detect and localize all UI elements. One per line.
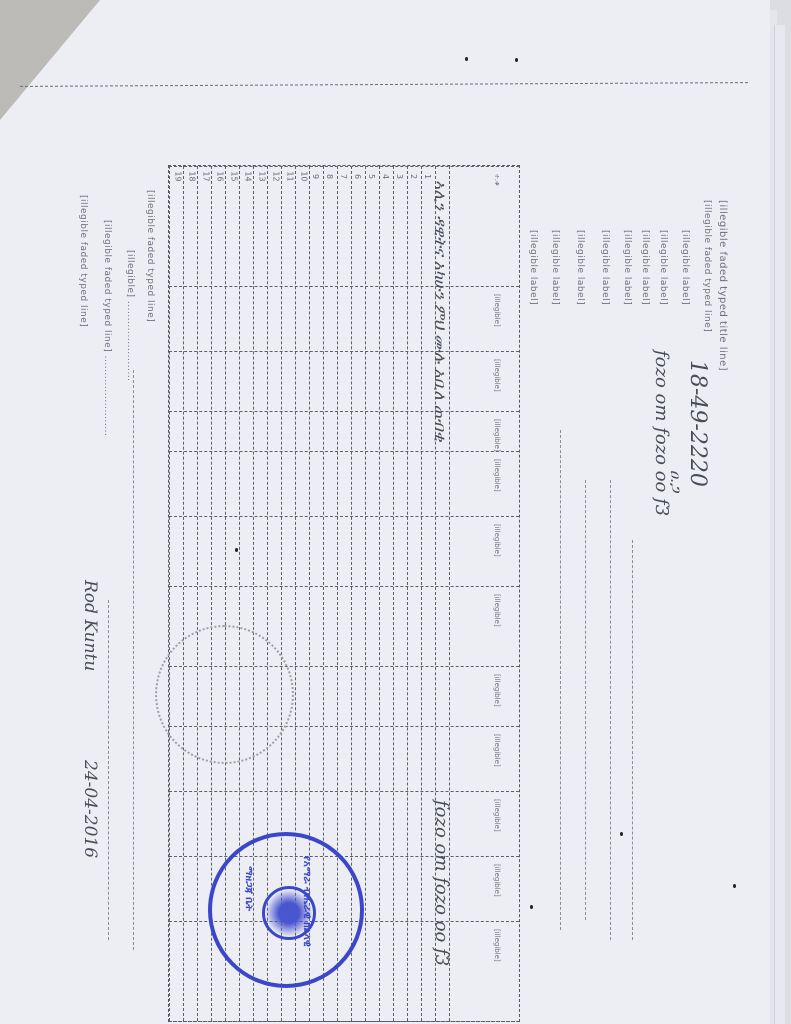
- row-number: 3: [395, 174, 404, 179]
- signature-name: Rod Kuntu: [80, 580, 100, 671]
- row-number: 16: [216, 171, 225, 181]
- table-header-cell: [illegible]: [492, 734, 501, 767]
- table-row-divider: [183, 166, 184, 1021]
- table-header-cell: [illegible]: [492, 459, 501, 492]
- field-7-label: [illegible label]: [550, 230, 560, 305]
- row-number: 7: [339, 174, 348, 179]
- footer-line-2: [illegible] ........................: [125, 250, 135, 382]
- row-number: 1: [423, 174, 432, 179]
- row-number: 2: [409, 174, 418, 179]
- row-number: 4: [381, 174, 390, 179]
- footer-line-3: [illegible faded typed line] ...........…: [102, 220, 112, 436]
- field-1-value: 18-49-2220: [685, 360, 710, 487]
- field-8-label: [illegible label]: [528, 230, 538, 305]
- scan-speck: [515, 58, 518, 62]
- table-header-cell: [illegible]: [492, 594, 501, 627]
- row-number: 9: [311, 174, 320, 179]
- table-column-divider: [169, 351, 519, 352]
- field-2-label: [illegible label]: [658, 230, 668, 305]
- table-row-divider: [197, 166, 198, 1021]
- header-line-2: [illegible faded typed line]: [702, 200, 712, 332]
- table-column-divider: [169, 586, 519, 587]
- fill-line: [560, 430, 561, 930]
- row-number: 8: [325, 174, 334, 179]
- underlying-page-edge-2: [774, 25, 785, 1024]
- row-number: 18: [188, 171, 197, 181]
- field-1-label: [illegible label]: [680, 230, 690, 305]
- table-header-cell: ተ.ቁ: [492, 174, 501, 186]
- fill-line: [610, 480, 611, 940]
- table-header-cell: [illegible]: [492, 864, 501, 897]
- table-row-divider: [379, 166, 380, 1021]
- table-column-divider: [169, 856, 519, 857]
- fill-line: [585, 480, 586, 920]
- footer-line-4: [illegible faded typed line]: [78, 195, 88, 327]
- signature-date: 24-04-2016: [80, 760, 100, 858]
- table-column-divider: [169, 451, 519, 452]
- table-header-cell: [illegible]: [492, 524, 501, 557]
- fill-line: [108, 600, 109, 940]
- faded-stamp-impression: [155, 625, 294, 764]
- table-header-cell: [illegible]: [492, 419, 501, 452]
- scan-speck: [465, 57, 468, 61]
- scan-speck: [530, 905, 533, 909]
- official-stamp: የአማራ ብሔራዊ ክልላዊ ማዘጋጃ ቤት: [208, 832, 364, 988]
- row-number: 19: [174, 171, 183, 181]
- table-row-divider: [393, 166, 394, 1021]
- row-number: 11: [286, 171, 295, 181]
- table-row-divider: [421, 166, 422, 1021]
- row-number: 14: [244, 171, 253, 181]
- table-row-divider: [365, 166, 366, 1021]
- table-row-divider: [169, 166, 170, 1021]
- table-header-cell: [illegible]: [492, 674, 501, 707]
- row-number: 17: [202, 171, 211, 181]
- field-3-value: fozo om fozo oo f3: [651, 350, 672, 516]
- row-number: 15: [230, 171, 239, 181]
- fill-line: [632, 540, 633, 940]
- field-4-label: [illegible label]: [622, 230, 632, 305]
- table-column-divider: [169, 286, 519, 287]
- stamp-text-top: የአማራ ብሔራዊ ክልላዊ: [301, 856, 312, 947]
- field-3-label: [illegible label]: [640, 230, 650, 305]
- table-row-divider: [407, 166, 408, 1021]
- table-row1-entry: ኣሊን ዳዊትና አካሁን ምህ ሙሉ አቢለ ጠብቂ: [430, 180, 450, 442]
- table-column-divider: [169, 166, 519, 167]
- table-header-cell: [illegible]: [492, 799, 501, 832]
- table-header-cell: [illegible]: [492, 929, 501, 962]
- scan-speck: [620, 832, 623, 836]
- table-column-divider: [169, 411, 519, 412]
- table-column-divider: [169, 516, 519, 517]
- fill-line: [133, 370, 134, 950]
- table-header-cell: [illegible]: [492, 294, 501, 327]
- field-5-label: [illegible label]: [600, 230, 610, 305]
- table-header-cell: [illegible]: [492, 359, 501, 392]
- table-column-divider: [169, 1021, 519, 1022]
- stamp-text-bottom: ማዘጋጃ ቤት: [243, 866, 254, 911]
- field-6-label: [illegible label]: [575, 230, 585, 305]
- row-number: 13: [258, 171, 267, 181]
- table-column-divider: [169, 791, 519, 792]
- table-row1-extra: fozo om fozo oo f3: [431, 800, 452, 966]
- row-number: 6: [353, 174, 362, 179]
- scan-speck: [733, 884, 736, 888]
- footer-line-1: [illegible faded typed line]: [145, 190, 155, 322]
- row-number: 12: [272, 171, 281, 181]
- header-line-1: [illegible faded typed title line]: [717, 200, 728, 371]
- row-number: 10: [300, 171, 309, 181]
- row-number: 5: [367, 174, 376, 179]
